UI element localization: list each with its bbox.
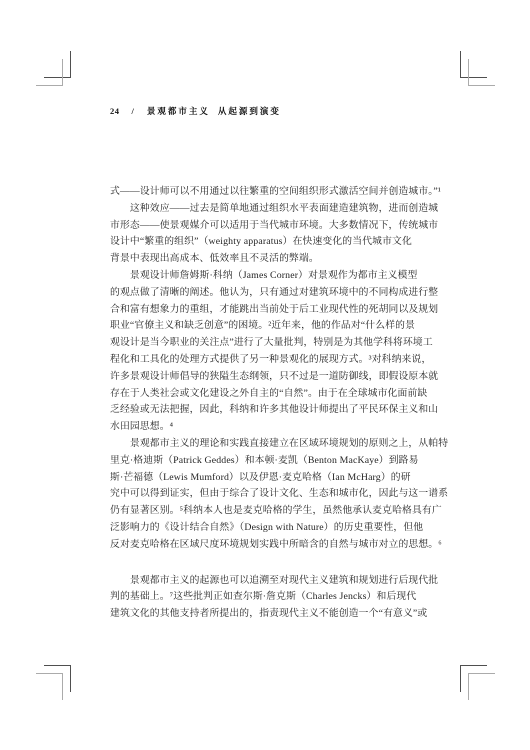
text-line: 这种效应——过去是简单地通过组织水平表面建造建筑物，进而创造城	[110, 201, 428, 218]
text-line: 合和富有想象力的重组，才能跳出当前处于后工业现代性的死胡同以及规划	[110, 302, 428, 319]
crop-mark-top-right-dark	[460, 51, 487, 78]
text-line: 存在于人类社会或文化建设之外自主的“自然”。由于在全球城市化面前缺	[110, 386, 428, 403]
text-line: 景观设计师詹姆斯·科纳（James Corner）对景观作为都市主义模型	[110, 268, 428, 285]
text-line: 程化和工具化的处理方式提供了另一种景观化的展现方式。³对科纳来说，	[110, 352, 428, 369]
body-text: 式——设计师可以不用通过以往繁重的空间组织形式激活空间并创造城市。”¹ 这种效应…	[110, 184, 428, 623]
book-page: 24/景观都市主义从起源到演变 式——设计师可以不用通过以往繁重的空间组织形式激…	[0, 0, 530, 750]
text-line: 观设计是当今职业的关注点”进行了大量批判，特别是为其他学科将环境工	[110, 335, 428, 352]
crop-mark-top-right-light	[468, 59, 495, 86]
text-line: 判的基础上。⁷这些批判正如查尔斯·詹克斯（Charles Jencks）和后现代	[110, 589, 428, 606]
text-line: 许多景观设计师倡导的狭隘生态纲领，只不过是一道防御线，即假设原本就	[110, 369, 428, 386]
crop-mark-bottom-left-light	[36, 673, 63, 700]
running-header: 24/景观都市主义从起源到演变	[110, 105, 430, 117]
paragraph-block-1: 式——设计师可以不用通过以往繁重的空间组织形式激活空间并创造城市。”¹ 这种效应…	[110, 184, 428, 554]
text-line: 景观都市主义的起源也可以追溯至对现代主义建筑和规划进行后现代批	[110, 573, 428, 590]
paragraph-block-2: 景观都市主义的起源也可以追溯至对现代主义建筑和规划进行后现代批判的基础上。⁷这些…	[110, 573, 428, 623]
crop-mark-top-left-dark	[44, 51, 71, 78]
chapter-title: 从起源到演变	[218, 106, 281, 116]
text-line: 职业“官僚主义和缺乏创意”的困境。²近年来，他的作品对“什么样的景	[110, 318, 428, 335]
text-line: 水田园思想。⁴	[110, 419, 428, 436]
text-line: 究中可以得到证实，但由于综合了设计文化、生态和城市化，因此与这一谱系	[110, 486, 428, 503]
crop-mark-top-left-light	[36, 59, 63, 86]
text-line: 市形态——使景观媒介可以适用于当代城市环境。大多数情况下，传统城市	[110, 218, 428, 235]
crop-mark-bottom-right-dark	[460, 665, 487, 692]
text-line: 斯·芒福德（Lewis Mumford）以及伊恩·麦克哈格（Ian McHarg…	[110, 470, 428, 487]
text-line: 式——设计师可以不用通过以往繁重的空间组织形式激活空间并创造城市。”¹	[110, 184, 428, 201]
crop-mark-bottom-right-light	[468, 673, 495, 700]
book-title: 景观都市主义	[147, 106, 210, 116]
text-line: 里克·格迪斯（Patrick Geddes）和本顿·麦凯（Benton MacK…	[110, 453, 428, 470]
text-line: 的观点做了清晰的阐述。他认为，只有通过对建筑环境中的不同构成进行整	[110, 285, 428, 302]
text-line: 泛影响力的《设计结合自然》（Design with Nature）的历史重要性，…	[110, 520, 428, 537]
header-separator: /	[132, 106, 134, 116]
text-line: 建筑文化的其他支持者所提出的，指责现代主义不能创造一个“有意义”或	[110, 606, 428, 623]
text-line: 景观都市主义的理论和实践直接建立在区域环境规划的原则之上，从帕特	[110, 436, 428, 453]
page-number: 24	[110, 106, 120, 116]
text-line: 仍有显著区别。⁵科纳本人也是麦克哈格的学生，虽然他承认麦克哈格具有广	[110, 503, 428, 520]
crop-mark-bottom-left-dark	[44, 665, 71, 692]
text-line: 设计中“繁重的组织”（weighty apparatus）在快速变化的当代城市文…	[110, 234, 428, 251]
text-line: 背景中表现出高成本、低效率且不灵活的弊端。	[110, 251, 428, 268]
text-line: 反对麦克哈格在区域尺度环境规划实践中所暗含的自然与城市对立的思想。⁶	[110, 537, 428, 554]
text-line: 乏经验或无法把握，因此，科纳和许多其他设计师提出了平民环保主义和山	[110, 402, 428, 419]
